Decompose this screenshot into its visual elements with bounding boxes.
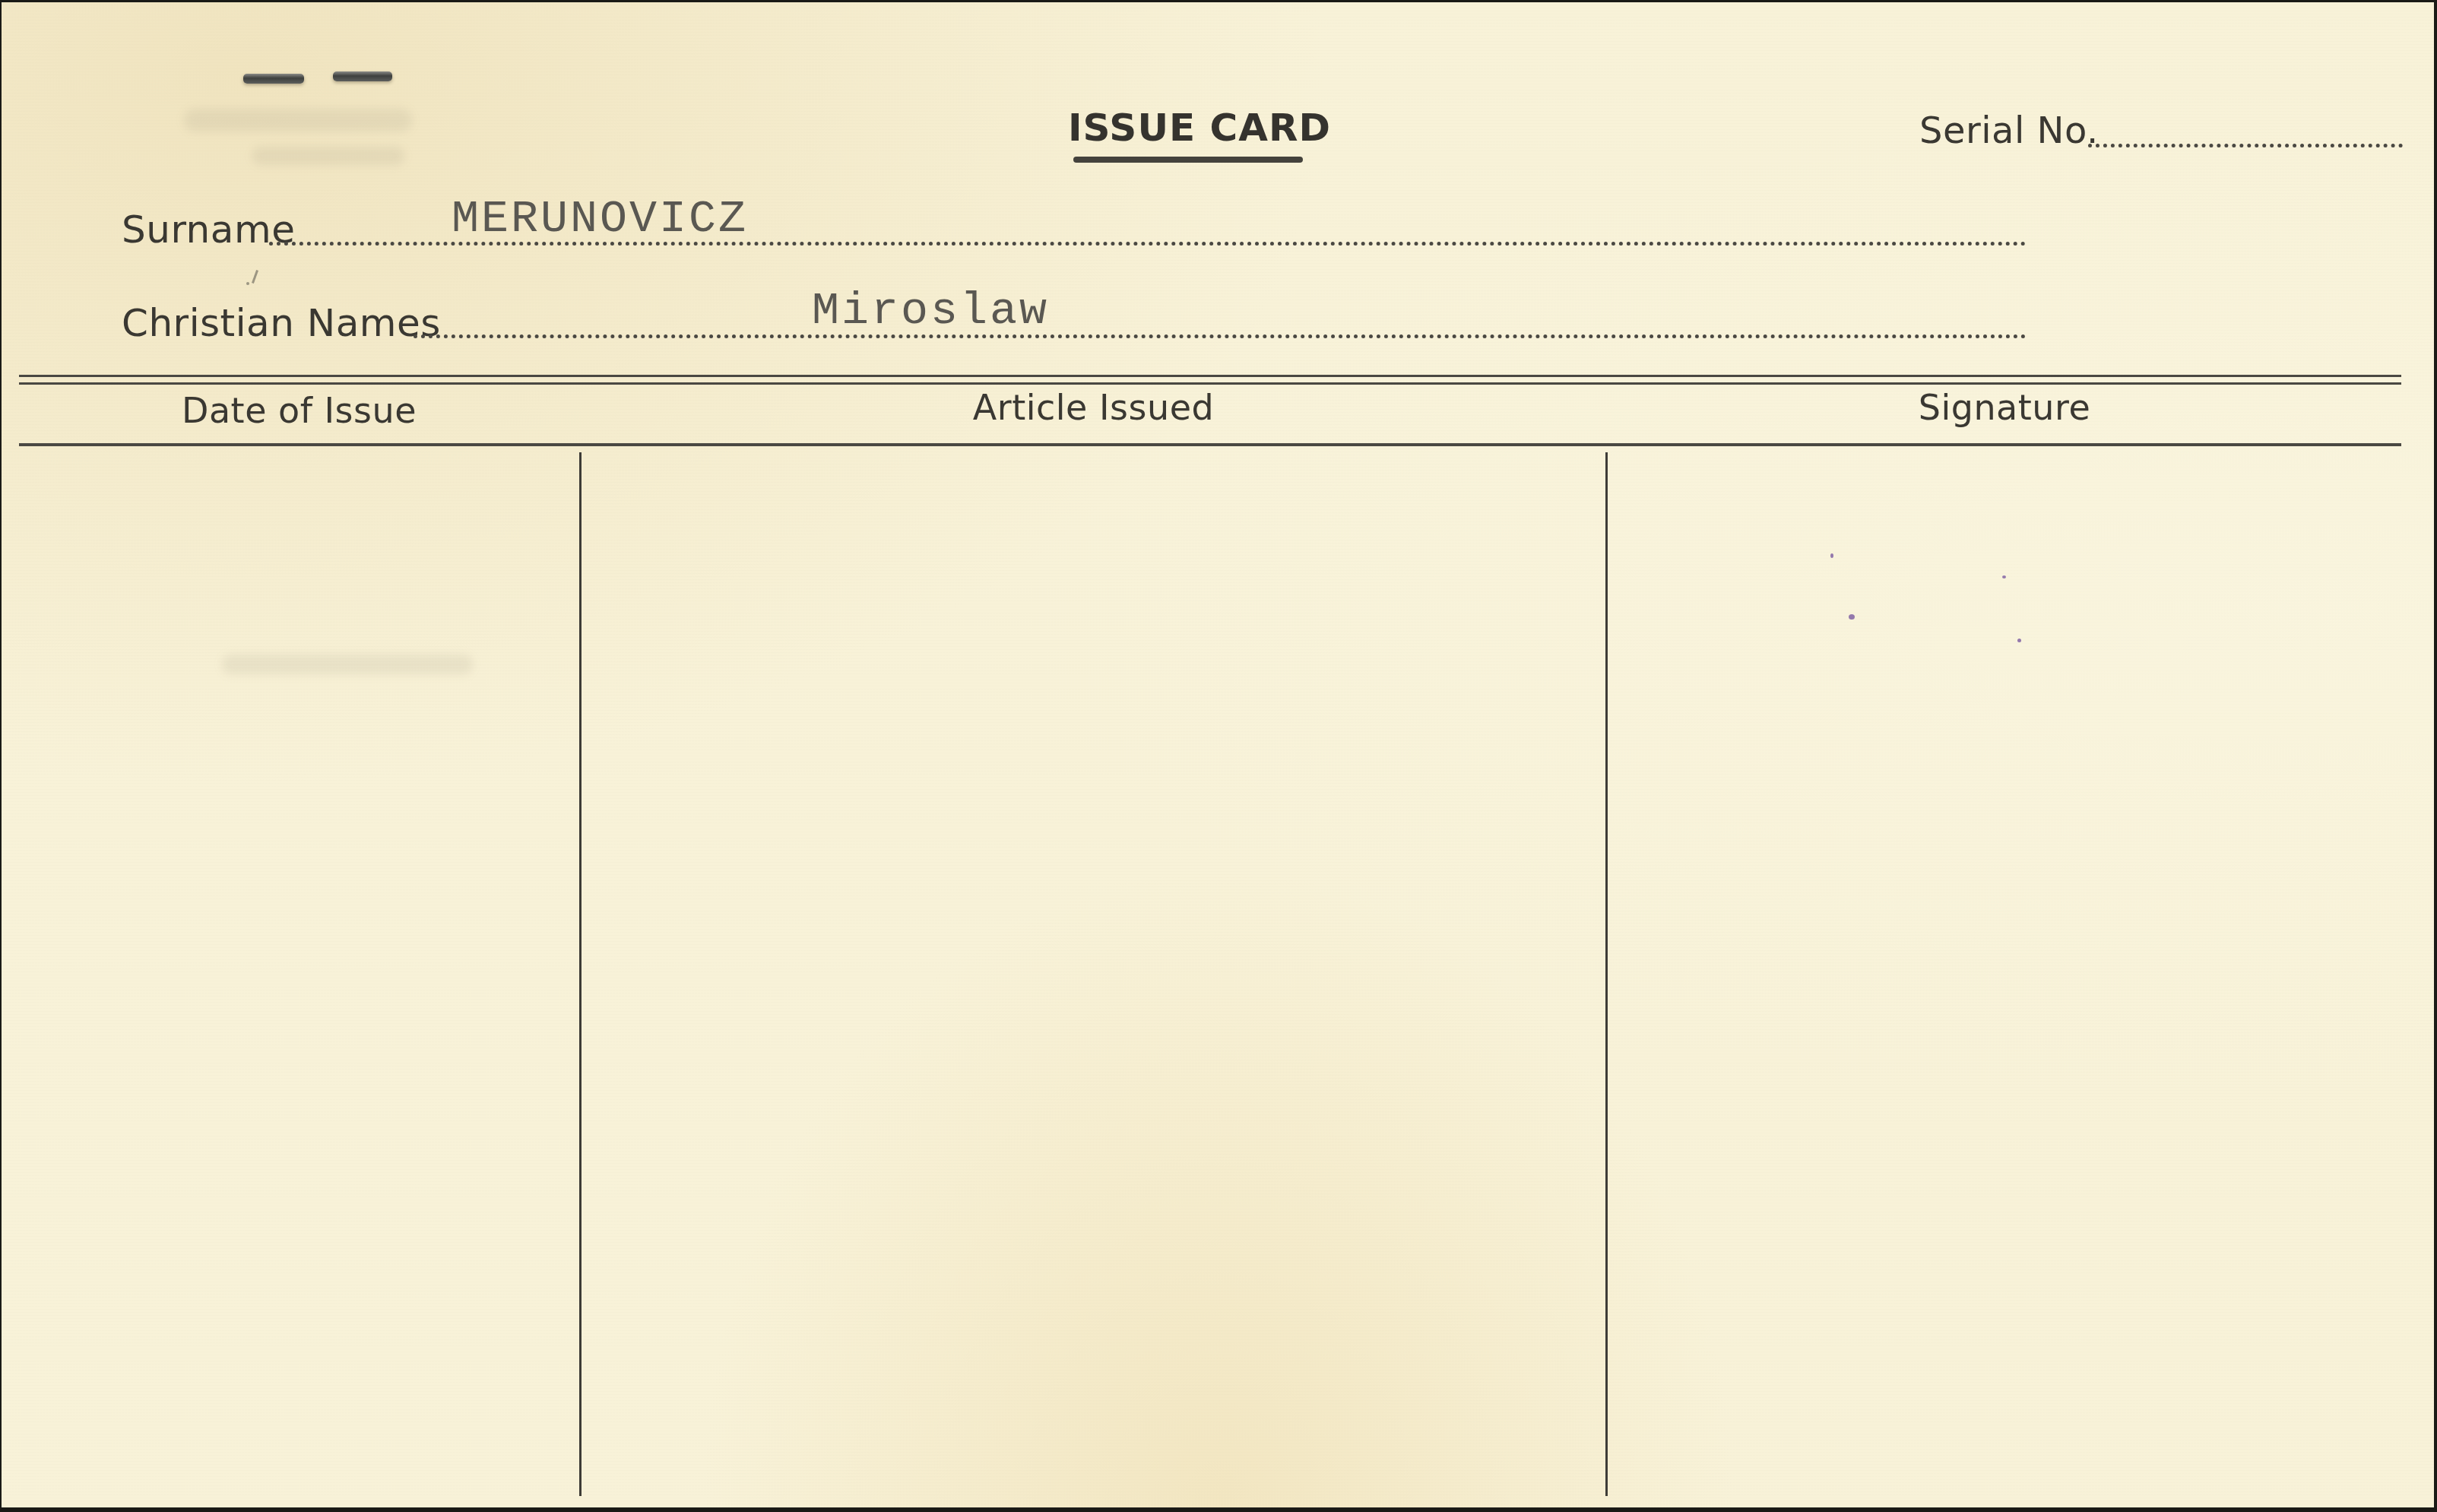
christian-names-field-line[interactable] — [414, 334, 2027, 338]
issue-card: ISSUE CARD Serial No. Surname MERUNOVICZ… — [2, 2, 2434, 1507]
column-divider — [579, 452, 582, 1496]
pencil-mark — [246, 282, 249, 285]
surname-value: MERUNOVICZ — [452, 194, 748, 246]
ink-speck — [2002, 575, 2006, 578]
smudge — [184, 109, 412, 132]
staple-mark-right — [333, 71, 392, 81]
ink-speck — [1849, 614, 1855, 620]
serial-number-field[interactable] — [2088, 144, 2403, 147]
pencil-mark — [252, 270, 258, 284]
christian-names-label: Christian Names — [122, 301, 441, 345]
header-double-rule-bottom — [19, 382, 2401, 385]
staple-mark-left — [243, 74, 304, 84]
ink-speck — [2017, 639, 2021, 642]
header-double-rule-top — [19, 375, 2401, 377]
ink-speck — [1830, 553, 1833, 558]
article-issued-column[interactable] — [582, 452, 1605, 1496]
serial-number-label: Serial No. — [1919, 109, 2099, 152]
date-of-issue-column[interactable] — [19, 452, 579, 1496]
column-header-article-issued: Article Issued — [582, 387, 1605, 428]
signature-column[interactable] — [1608, 452, 2401, 1496]
smudge — [252, 147, 404, 165]
column-header-signature: Signature — [1608, 387, 2401, 428]
title-underline — [1073, 157, 1303, 163]
card-title: ISSUE CARD — [1068, 106, 1331, 150]
column-header-date-of-issue: Date of Issue — [19, 390, 579, 431]
christian-names-value: Miroslaw — [812, 286, 1049, 338]
column-divider — [1605, 452, 1608, 1496]
header-bottom-rule — [19, 443, 2401, 446]
